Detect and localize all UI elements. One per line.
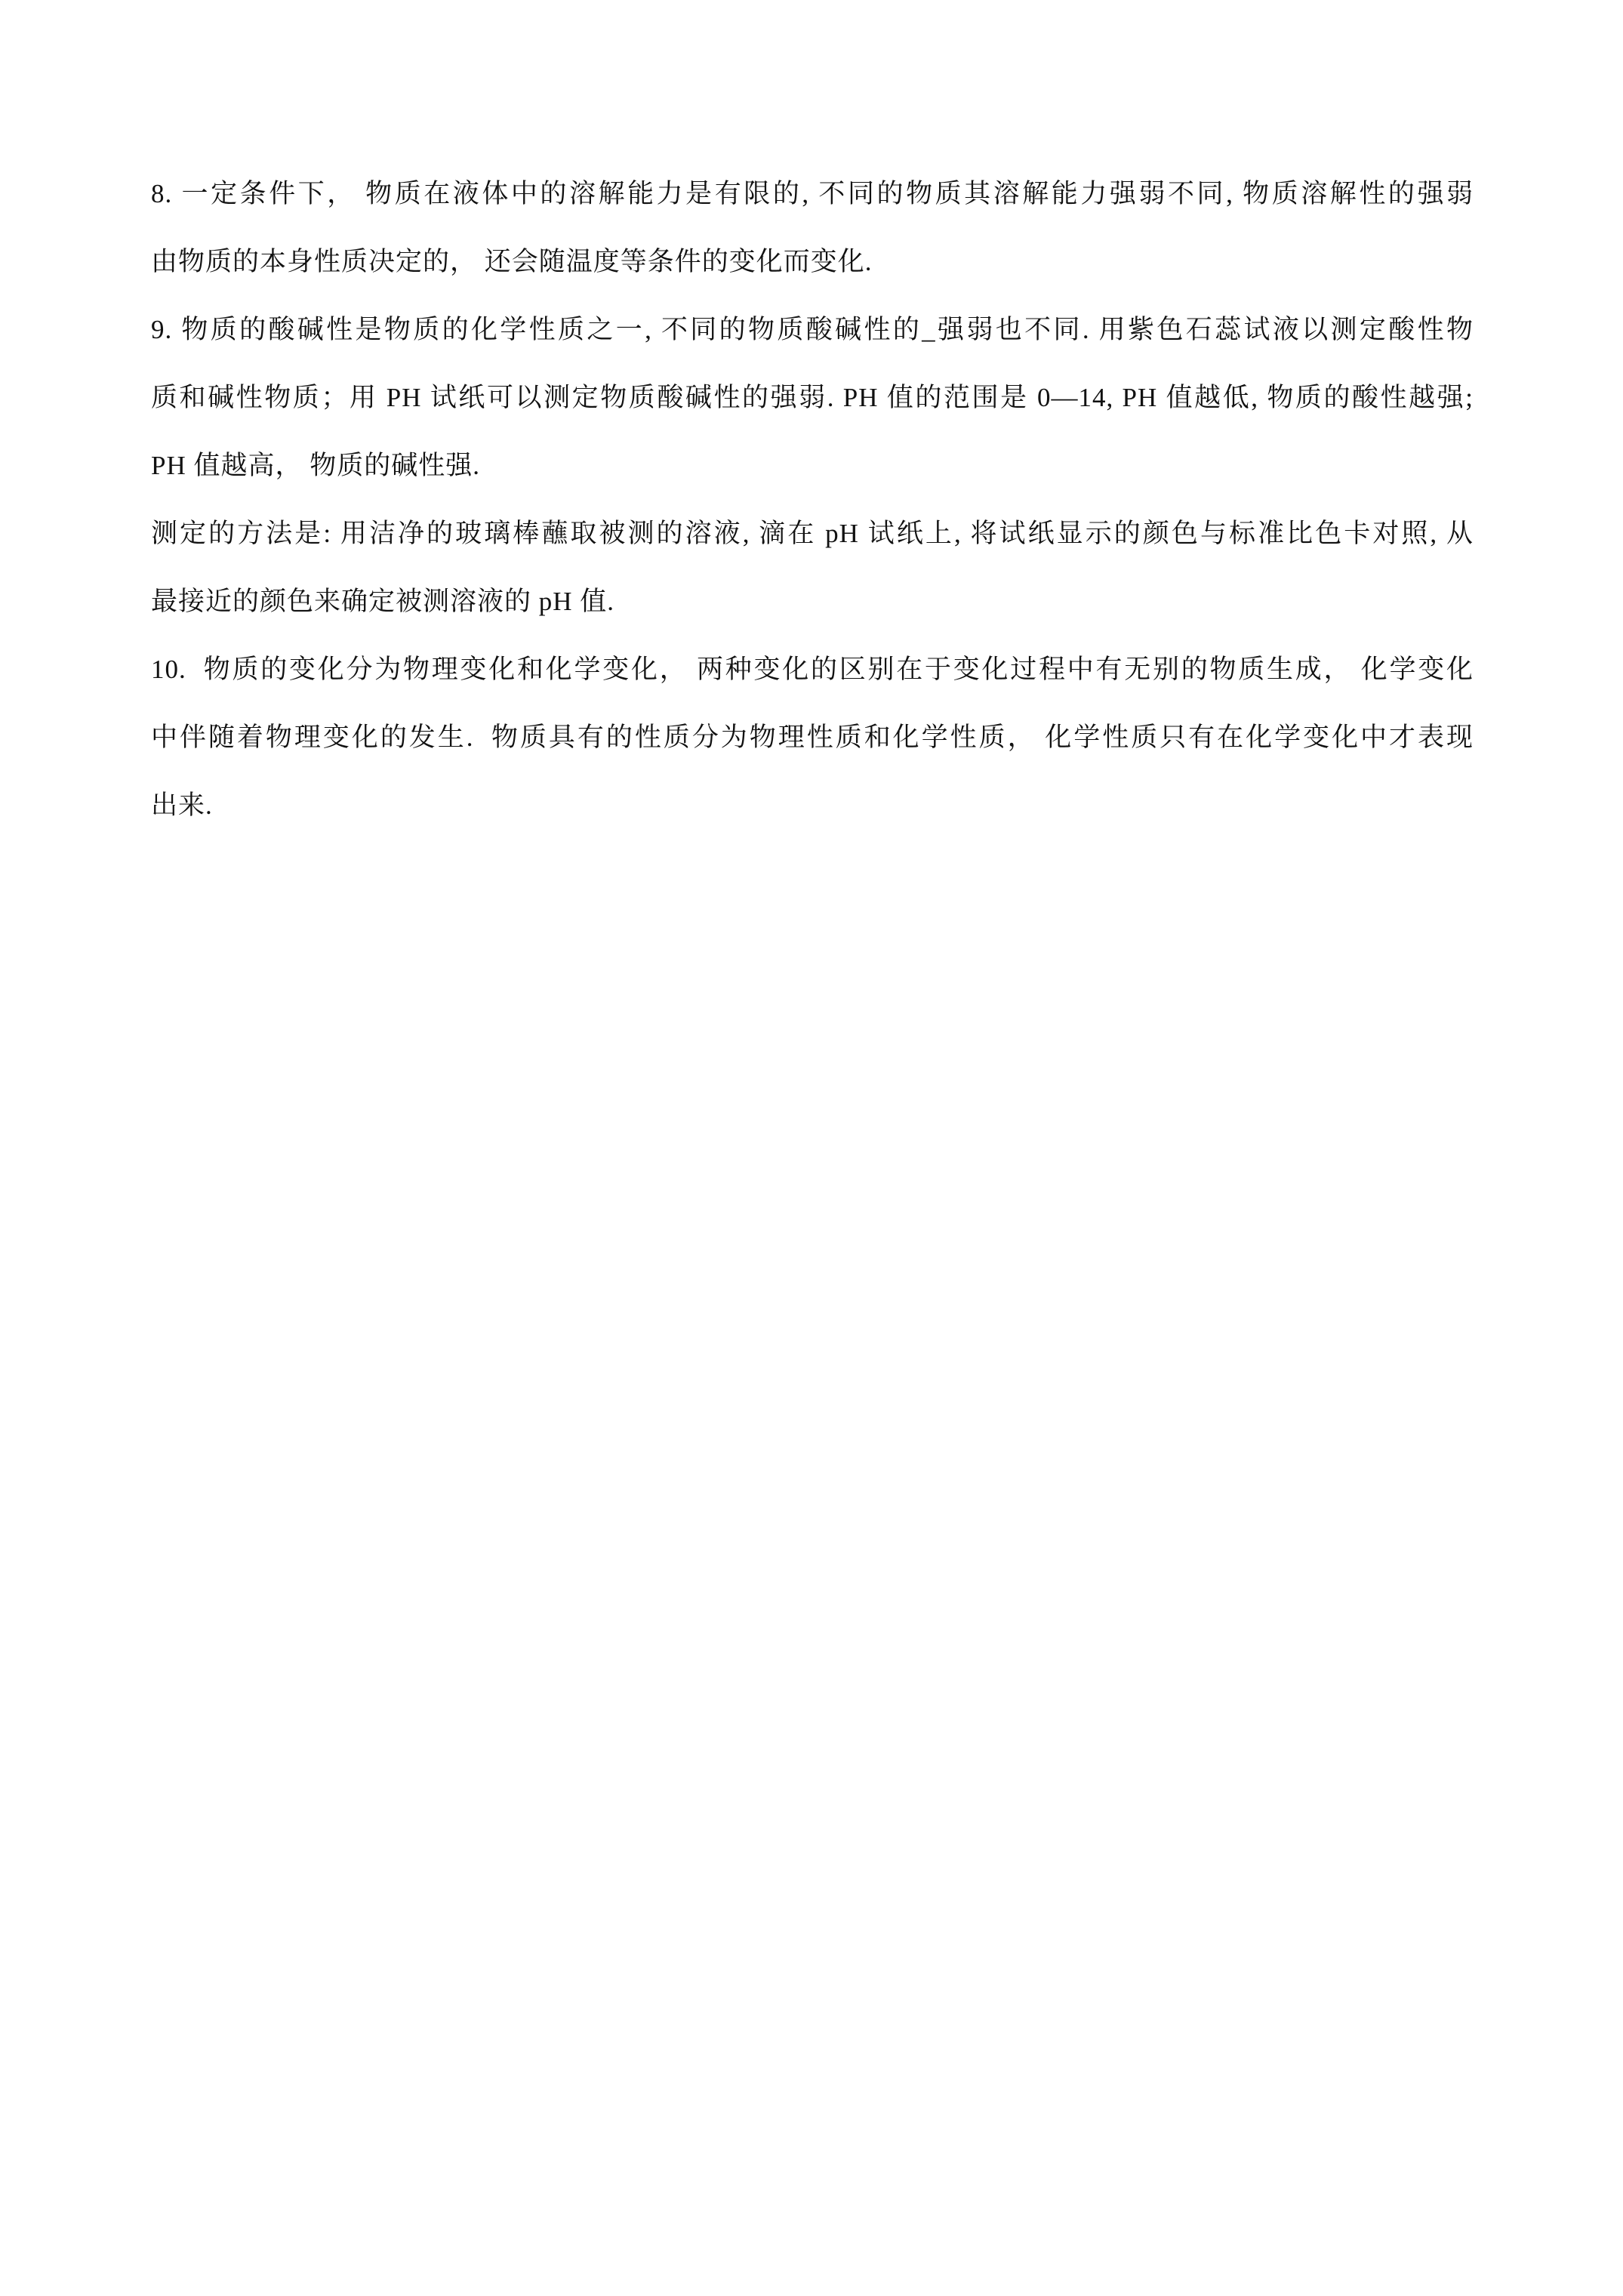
document-text: 8. 一定条件下， 物质在液体中的溶解能力是有限的, 不同的物质其溶解能力强弱不…	[151, 160, 1474, 840]
text-line: 8. 一定条件下， 物质在液体中的溶解能力是有限的, 不同的物质其溶解能力强弱不…	[151, 160, 1474, 228]
paragraph: 8. 一定条件下， 物质在液体中的溶解能力是有限的, 不同的物质其溶解能力强弱不…	[151, 160, 1474, 296]
text-line: 出来.	[151, 772, 1474, 840]
paragraph: 测定的方法是: 用洁净的玻璃棒蘸取被测的溶液, 滴在 pH 试纸上, 将试纸显示…	[151, 500, 1474, 636]
text-line: 测定的方法是: 用洁净的玻璃棒蘸取被测的溶液, 滴在 pH 试纸上, 将试纸显示…	[151, 500, 1474, 568]
text-line: 由物质的本身性质决定的， 还会随温度等条件的变化而变化.	[151, 228, 1474, 296]
text-line: 10. 物质的变化分为物理变化和化学变化， 两种变化的区别在于变化过程中有无别的…	[151, 636, 1474, 704]
paragraph: 10. 物质的变化分为物理变化和化学变化， 两种变化的区别在于变化过程中有无别的…	[151, 636, 1474, 840]
document-page: 8. 一定条件下， 物质在液体中的溶解能力是有限的, 不同的物质其溶解能力强弱不…	[0, 0, 1623, 2296]
text-line: PH 值越高， 物质的碱性强.	[151, 432, 1474, 500]
text-line: 质和碱性物质；用 PH 试纸可以测定物质酸碱性的强弱. PH 值的范围是 0—1…	[151, 364, 1474, 432]
text-line: 中伴随着物理变化的发生. 物质具有的性质分为物理性质和化学性质， 化学性质只有在…	[151, 704, 1474, 772]
text-line: 9. 物质的酸碱性是物质的化学性质之一, 不同的物质酸碱性的_强弱也不同. 用紫…	[151, 296, 1474, 364]
paragraph: 9. 物质的酸碱性是物质的化学性质之一, 不同的物质酸碱性的_强弱也不同. 用紫…	[151, 296, 1474, 500]
text-line: 最接近的颜色来确定被测溶液的 pH 值.	[151, 568, 1474, 636]
